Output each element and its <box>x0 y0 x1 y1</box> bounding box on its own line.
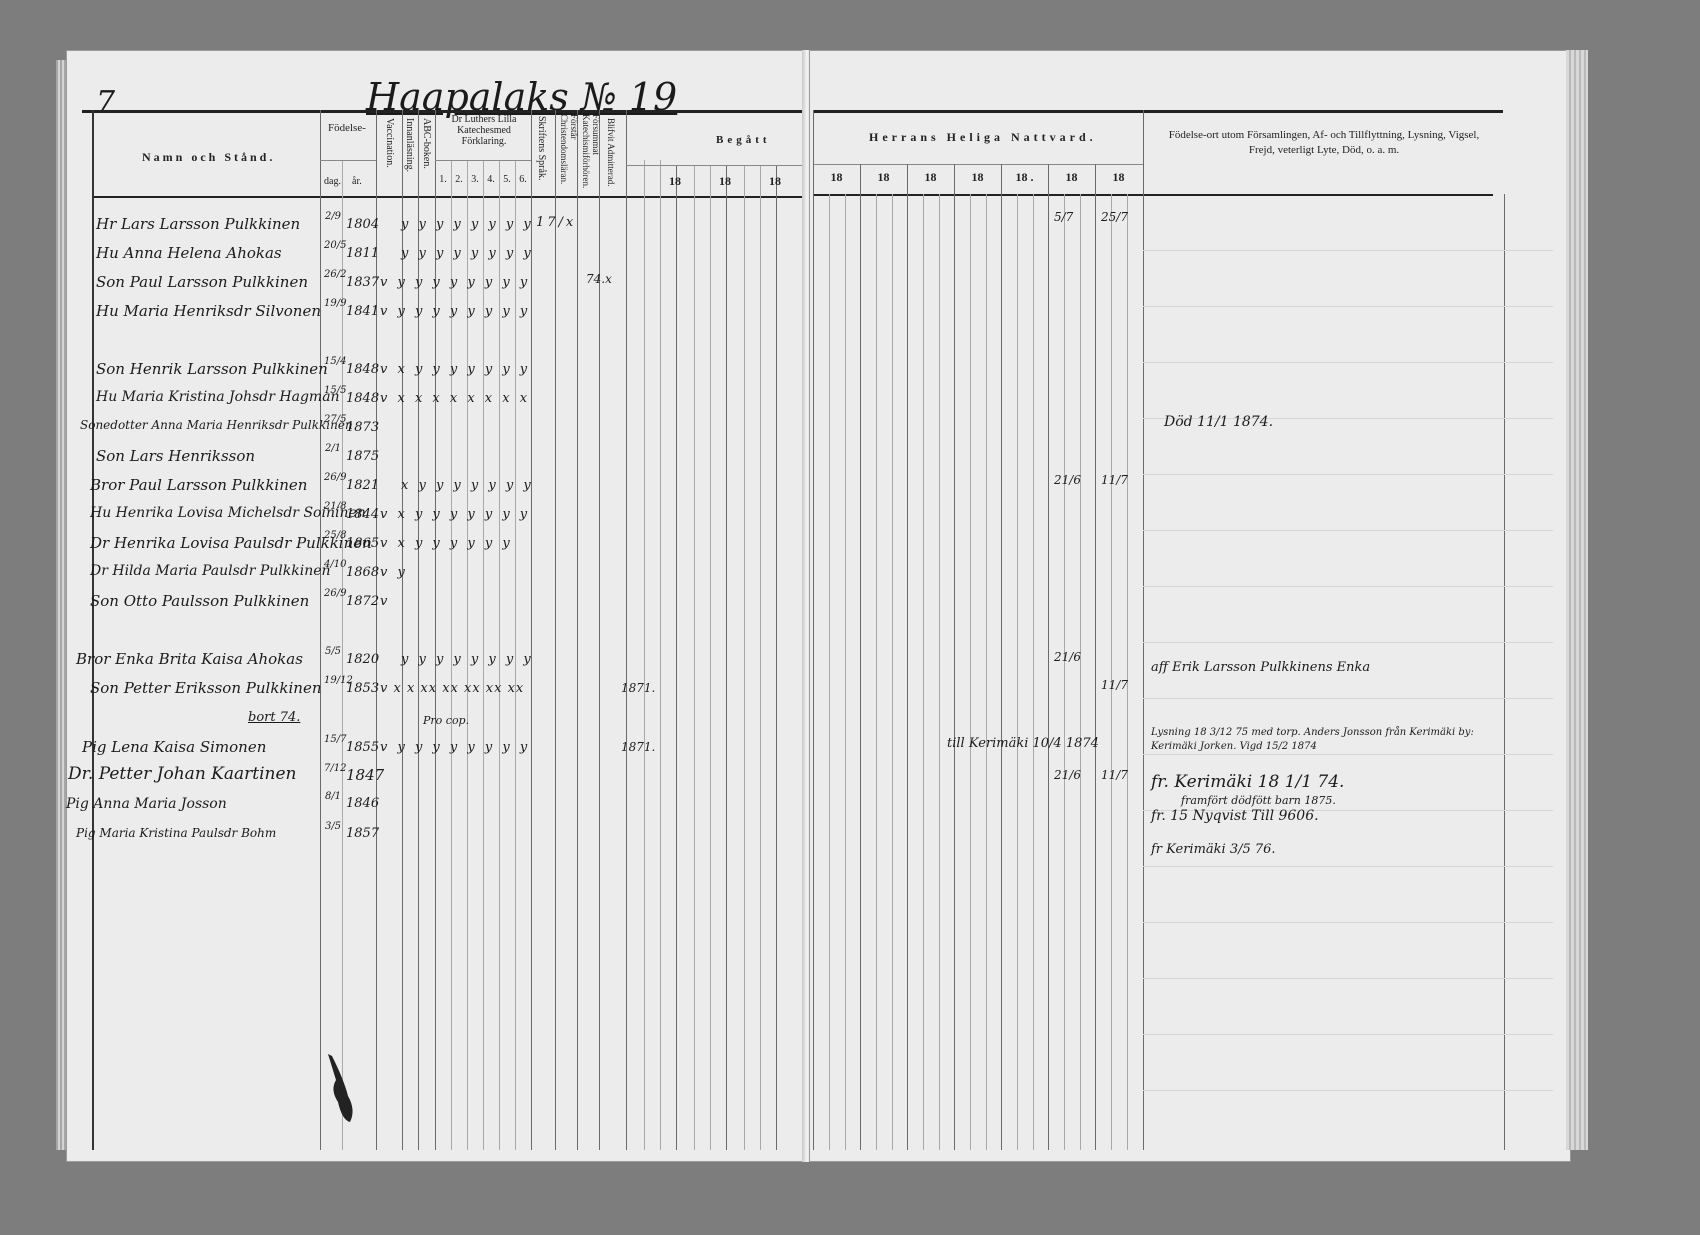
entry-birth-day: 2/9 <box>324 212 342 222</box>
entry-name: Dr. Petter Johan Kaartinen <box>68 764 297 784</box>
entry-name: Son Paul Larsson Pulkkinen <box>96 273 308 291</box>
communion-date: 5/7 <box>1054 210 1073 224</box>
catechism-part: 4. <box>483 174 499 185</box>
entry-marks: v x y y y y y y <box>380 536 513 551</box>
entry-extra: 74.x <box>586 272 612 286</box>
entry-marks: v x y y y y y y y <box>380 507 530 522</box>
col-line <box>1017 194 1018 1150</box>
header-year: 18 <box>954 170 1001 185</box>
entry-marks: y y y y y y y y <box>401 652 534 667</box>
col-line <box>744 165 745 1150</box>
entry-marks: v x y y y y y y y <box>380 362 530 377</box>
entry-marks: y y y y y y y y <box>401 217 534 232</box>
header-forsummat-katechism: Försummat Katechismiförhören. <box>581 114 601 196</box>
header-birth: Födelse- <box>328 122 366 134</box>
communion-date: 11/7 <box>1101 678 1128 692</box>
entry-marks: v y <box>380 565 408 580</box>
catechism-part: 6. <box>515 174 531 185</box>
header-bottom-rule <box>92 196 806 198</box>
entry-birth-year: 1847 <box>346 766 384 784</box>
entry-birth-year: 1846 <box>346 796 379 811</box>
entry-name: Bror Paul Larsson Pulkkinen <box>90 476 307 494</box>
col-line <box>892 194 893 1150</box>
col-line <box>402 110 403 1150</box>
entry-birth-day: 4/10 <box>324 560 342 570</box>
note-pro-copy: Pro cop. <box>423 714 469 727</box>
header-birth-year: år. <box>352 176 362 187</box>
entry-name: Pig Anna Maria Josson <box>66 796 227 812</box>
entry-birth-day: 3/5 <box>324 822 342 832</box>
entry-birth-year: 1820 <box>346 652 379 667</box>
entry-birth-day: 21/8 <box>324 502 342 512</box>
entry-birth-day: 27/5 <box>324 415 342 425</box>
col-line <box>1143 110 1144 1150</box>
header-bottom-rule <box>813 194 1493 196</box>
col-line <box>776 165 777 1150</box>
header-vaccination: Vaccination. <box>384 118 395 194</box>
col-line <box>418 110 419 1150</box>
header-birth-day: dag. <box>324 176 341 187</box>
header-year: 18 <box>813 170 860 185</box>
col-line <box>1064 194 1065 1150</box>
col-line <box>813 110 814 1150</box>
col-line <box>644 160 645 1150</box>
header-catechism: Dr Luthers Lilla Katechesmed Förklaring. <box>438 114 530 147</box>
catechism-parts: 1. 2. 3. 4. 5. 6. <box>435 174 531 185</box>
col-line <box>599 110 600 1150</box>
header-innanlasning: Innanläsning. <box>404 118 415 194</box>
header-remarks: Födelse-ort utom Församlingen, Af- och T… <box>1159 128 1489 158</box>
entry-birth-day: 8/1 <box>324 792 342 802</box>
entry-birth-year: 1804 <box>346 217 379 232</box>
entry-name: Hu Maria Kristina Johsdr Hagman <box>96 389 340 405</box>
entry-birth-year: 1873 <box>346 420 379 435</box>
col-line <box>710 165 711 1150</box>
col-line <box>1001 164 1002 1150</box>
moved-to-note: till Kerimäki 10/4 1874 <box>947 736 1099 751</box>
catechism-part: 5. <box>499 174 515 185</box>
remark-moved-from: fr Kerimäki 3/5 76. <box>1151 842 1276 857</box>
subheader-rule <box>320 160 376 161</box>
entry-marks: v y y y y y y y y <box>380 304 530 319</box>
entry-birth-day: 7/12 <box>324 764 342 774</box>
header-year: 18 <box>1095 170 1142 185</box>
entry-name: Son Henrik Larsson Pulkkinen <box>96 360 328 378</box>
communion-date: 11/7 <box>1101 768 1128 782</box>
communion-date: 21/6 <box>1054 473 1081 487</box>
entry-birth-day: 15/4 <box>324 357 342 367</box>
subheader-rule <box>813 164 1143 165</box>
entry-birth-year: 1821 <box>346 478 379 493</box>
header-year: 18 <box>669 174 681 189</box>
note-moved-away: bort 74. <box>248 710 300 725</box>
communion-date: 25/7 <box>1101 210 1128 224</box>
entry-birth-year: 1811 <box>346 246 379 261</box>
entry-birth-day: 26/2 <box>324 270 342 280</box>
entry-birth-year: 1857 <box>346 826 379 841</box>
communion-date: 21/6 <box>1054 650 1081 664</box>
header-year: 18 <box>719 174 731 189</box>
entry-birth-year: 1868 <box>346 565 379 580</box>
col-line <box>531 110 532 1150</box>
col-line <box>435 110 436 1150</box>
col-line <box>376 110 377 1150</box>
communion-year-headers: 18 18 18 18 18 . 18 18 <box>813 170 1143 185</box>
header-begatt: Begått <box>716 134 771 146</box>
ink-blot <box>322 1050 362 1130</box>
col-line <box>860 164 861 1150</box>
header-holy-communion: Herrans Heliga Nattvard. <box>869 130 1097 145</box>
catechism-part: 3. <box>467 174 483 185</box>
remark-widow: aff Erik Larsson Pulkkinens Enka <box>1151 660 1370 675</box>
entry-extra: 17/x <box>536 215 576 230</box>
subheader-rule <box>435 160 531 161</box>
col-line <box>845 194 846 1150</box>
col-line <box>676 165 677 1150</box>
entry-marks: v y y y y y y y y <box>380 740 530 755</box>
col-line <box>1080 194 1081 1150</box>
col-line <box>1048 164 1049 1150</box>
entry-marks: y y y y y y y y <box>401 246 534 261</box>
entry-name: Pig Maria Kristina Paulsdr Bohm <box>76 826 276 840</box>
entry-birth-year: 1848 <box>346 391 379 406</box>
entry-birth-day: 19/12 <box>324 676 342 686</box>
entry-name: Pig Lena Kaisa Simonen <box>82 738 266 756</box>
entry-marks: v y y y y y y y y <box>380 275 530 290</box>
col-line <box>1504 194 1505 1150</box>
entry-birth-year: 1872 <box>346 594 379 609</box>
header-admitterad: Blifvit Admitterad. <box>606 118 616 188</box>
header-name-and-status: Namn och Stånd. <box>142 150 275 165</box>
entry-marks: v <box>380 594 390 609</box>
entry-birth-year: 1837 <box>346 275 379 290</box>
entry-birth-day: 26/9 <box>324 589 342 599</box>
catechism-part: 2. <box>451 174 467 185</box>
entry-marks: v x x x x x x x x <box>380 391 530 406</box>
entry-name: Hu Maria Henriksdr Silvonen <box>96 302 321 320</box>
entry-birth-year: 1841 <box>346 304 379 319</box>
entry-birth-year: 1853 <box>346 681 379 696</box>
remark-death: Död 11/1 1874. <box>1164 414 1273 430</box>
entry-name: Hu Anna Helena Ahokas <box>96 244 282 262</box>
entry-name: Hr Lars Larsson Pulkkinen <box>96 215 300 233</box>
entry-birth-day: 20/5 <box>324 241 342 251</box>
col-line <box>986 194 987 1150</box>
col-line <box>1127 194 1128 1150</box>
col-line <box>907 164 908 1150</box>
catechism-part: 1. <box>435 174 451 185</box>
communion-date: 11/7 <box>1101 473 1128 487</box>
right-page: Herrans Heliga Nattvard. Födelse-ort uto… <box>809 50 1571 1162</box>
remark-marriage: Lysning 18 3/12 75 med torp. Anders Jons… <box>1151 726 1511 754</box>
col-line <box>694 165 695 1150</box>
header-skriftens-sprak: Skriftens Språk. <box>536 116 547 196</box>
header-top-rule <box>82 110 806 113</box>
entry-marks: x y y y y y y y <box>401 478 534 493</box>
col-line <box>555 110 556 1150</box>
entry-birth-day: 15/5 <box>324 386 342 396</box>
col-line <box>760 165 761 1150</box>
header-year: 18 <box>907 170 954 185</box>
col-line <box>1095 164 1096 1150</box>
entry-name: Son Lars Henriksson <box>96 447 255 465</box>
page-edge-right <box>1566 50 1588 1150</box>
col-line <box>939 194 940 1150</box>
entry-name: Sonedotter Anna Maria Henriksdr Pulkkine… <box>80 418 353 432</box>
header-year: 18 <box>1048 170 1095 185</box>
col-line <box>954 164 955 1150</box>
header-year: 18 <box>769 174 781 189</box>
remark-moved-from: fr. 15 Nyqvist Till 9606. <box>1151 808 1319 824</box>
header-year: 18 <box>860 170 907 185</box>
col-line <box>970 194 971 1150</box>
remark-stillborn: framfört dödfött barn 1875. <box>1181 794 1336 807</box>
communion-date: 21/6 <box>1054 768 1081 782</box>
header-year: 18 . <box>1001 170 1048 185</box>
entry-birth-day: 5/5 <box>324 647 342 657</box>
col-line <box>577 110 578 1150</box>
entry-birth-day: 19/9 <box>324 299 342 309</box>
col-line <box>1111 194 1112 1150</box>
remark-moved-from: fr. Kerimäki 18 1/1 74. <box>1151 772 1344 792</box>
entry-birth-day: 25/8 <box>324 531 342 541</box>
open-register-book: 7 Haapalaks № 19 Namn oc <box>66 50 1586 1162</box>
entry-admitted-year: 1871. <box>621 740 655 754</box>
entry-birth-day: 2/1 <box>324 444 342 454</box>
col-line <box>829 194 830 1150</box>
entry-birth-year: 1875 <box>346 449 379 464</box>
entry-birth-year: 1848 <box>346 362 379 377</box>
entry-birth-day: 15/7 <box>324 735 342 745</box>
col-line <box>923 194 924 1150</box>
col-line <box>660 160 661 1150</box>
col-line <box>92 110 94 1150</box>
col-line <box>726 165 727 1150</box>
entry-birth-year: 1865 <box>346 536 379 551</box>
header-forstar-christendom: Förstår Christendomsläran. <box>559 114 579 196</box>
header-top-rule <box>813 110 1503 113</box>
col-line <box>1033 194 1034 1150</box>
entry-birth-year: 1844 <box>346 507 379 522</box>
entry-name: Bror Enka Brita Kaisa Ahokas <box>76 650 303 668</box>
entry-name: Son Otto Paulsson Pulkkinen <box>90 592 309 610</box>
page-number: 7 <box>96 85 115 120</box>
entry-marks: v x x xx xx xx xx xx <box>380 681 524 696</box>
col-line <box>320 110 321 1150</box>
entry-birth-day: 26/9 <box>324 473 342 483</box>
col-line <box>626 110 627 1150</box>
entry-admitted-year: 1871. <box>621 681 655 695</box>
entry-name: Dr Hilda Maria Paulsdr Pulkkinen <box>90 563 331 579</box>
entry-birth-year: 1855 <box>346 740 379 755</box>
subheader-rule <box>626 165 806 166</box>
left-page: 7 Haapalaks № 19 Namn oc <box>66 50 806 1162</box>
entry-name: Son Petter Eriksson Pulkkinen <box>90 679 322 697</box>
header-abc-book: ABC-boken. <box>421 118 432 194</box>
col-line <box>876 194 877 1150</box>
